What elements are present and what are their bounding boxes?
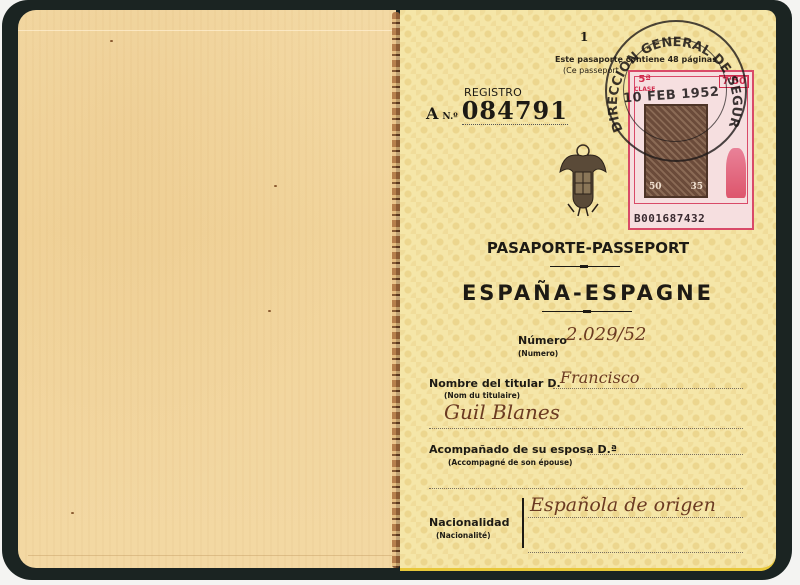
dotted-line xyxy=(429,488,743,489)
passport-title: PASAPORTE-PASSEPORT xyxy=(400,239,776,257)
numero-value: 2.029/52 xyxy=(566,324,647,345)
titular-sub-label: (Nom du titulaire) xyxy=(444,391,520,400)
registro-number: 084791 xyxy=(462,98,568,125)
divider-dot xyxy=(580,265,588,268)
nacionalidad-sub-label: (Nacionalité) xyxy=(436,531,491,540)
coat-of-arms-eagle-icon xyxy=(558,142,608,217)
page-crease xyxy=(18,30,396,31)
stamp-left-numeral: 50 xyxy=(649,182,662,192)
page-crease xyxy=(28,555,396,556)
page-number: 1 xyxy=(580,30,588,44)
registro-no-label: N.º xyxy=(442,112,457,122)
stamp-serial: B001687432 xyxy=(634,212,705,225)
dotted-line xyxy=(553,388,743,389)
paper-spot xyxy=(274,185,277,187)
esposa-sub-label: (Accompagné de son épouse) xyxy=(448,458,573,467)
titular-surname: Guil Blanes xyxy=(444,400,560,424)
registro-series: A xyxy=(426,104,438,123)
nacionalidad-brace xyxy=(522,498,524,548)
titular-label: Nombre del titular D. xyxy=(429,377,561,390)
numero-sub-label: (Numero) xyxy=(518,349,558,358)
dotted-line xyxy=(528,552,743,553)
titular-given-name: Francisco xyxy=(560,368,639,387)
paper-spot xyxy=(268,310,271,312)
registro-number-row: A N.º 084791 xyxy=(426,98,568,125)
binding-stitch xyxy=(392,12,400,568)
dotted-line xyxy=(429,428,743,429)
passport-page: 1 Este pasaporte contiene 48 páginas (Ce… xyxy=(400,10,776,571)
dotted-line xyxy=(528,517,743,518)
nacionalidad-value: Española de origen xyxy=(530,494,716,516)
stamp-right-numeral: 35 xyxy=(690,182,703,192)
esposa-dotted-line xyxy=(588,454,743,455)
nacionalidad-label: Nacionalidad xyxy=(429,516,509,529)
paper-spot xyxy=(71,512,74,514)
svg-text:DIRECCIÓN GENERAL DE SEGURIDAD: DIRECCIÓN GENERAL DE SEGURIDAD xyxy=(605,20,743,134)
numero-label: Número xyxy=(518,334,567,347)
left-blank-page xyxy=(18,10,396,568)
paper-spot xyxy=(110,40,113,42)
divider-dot xyxy=(583,310,591,313)
country-title: ESPAÑA-ESPAGNE xyxy=(400,281,776,305)
